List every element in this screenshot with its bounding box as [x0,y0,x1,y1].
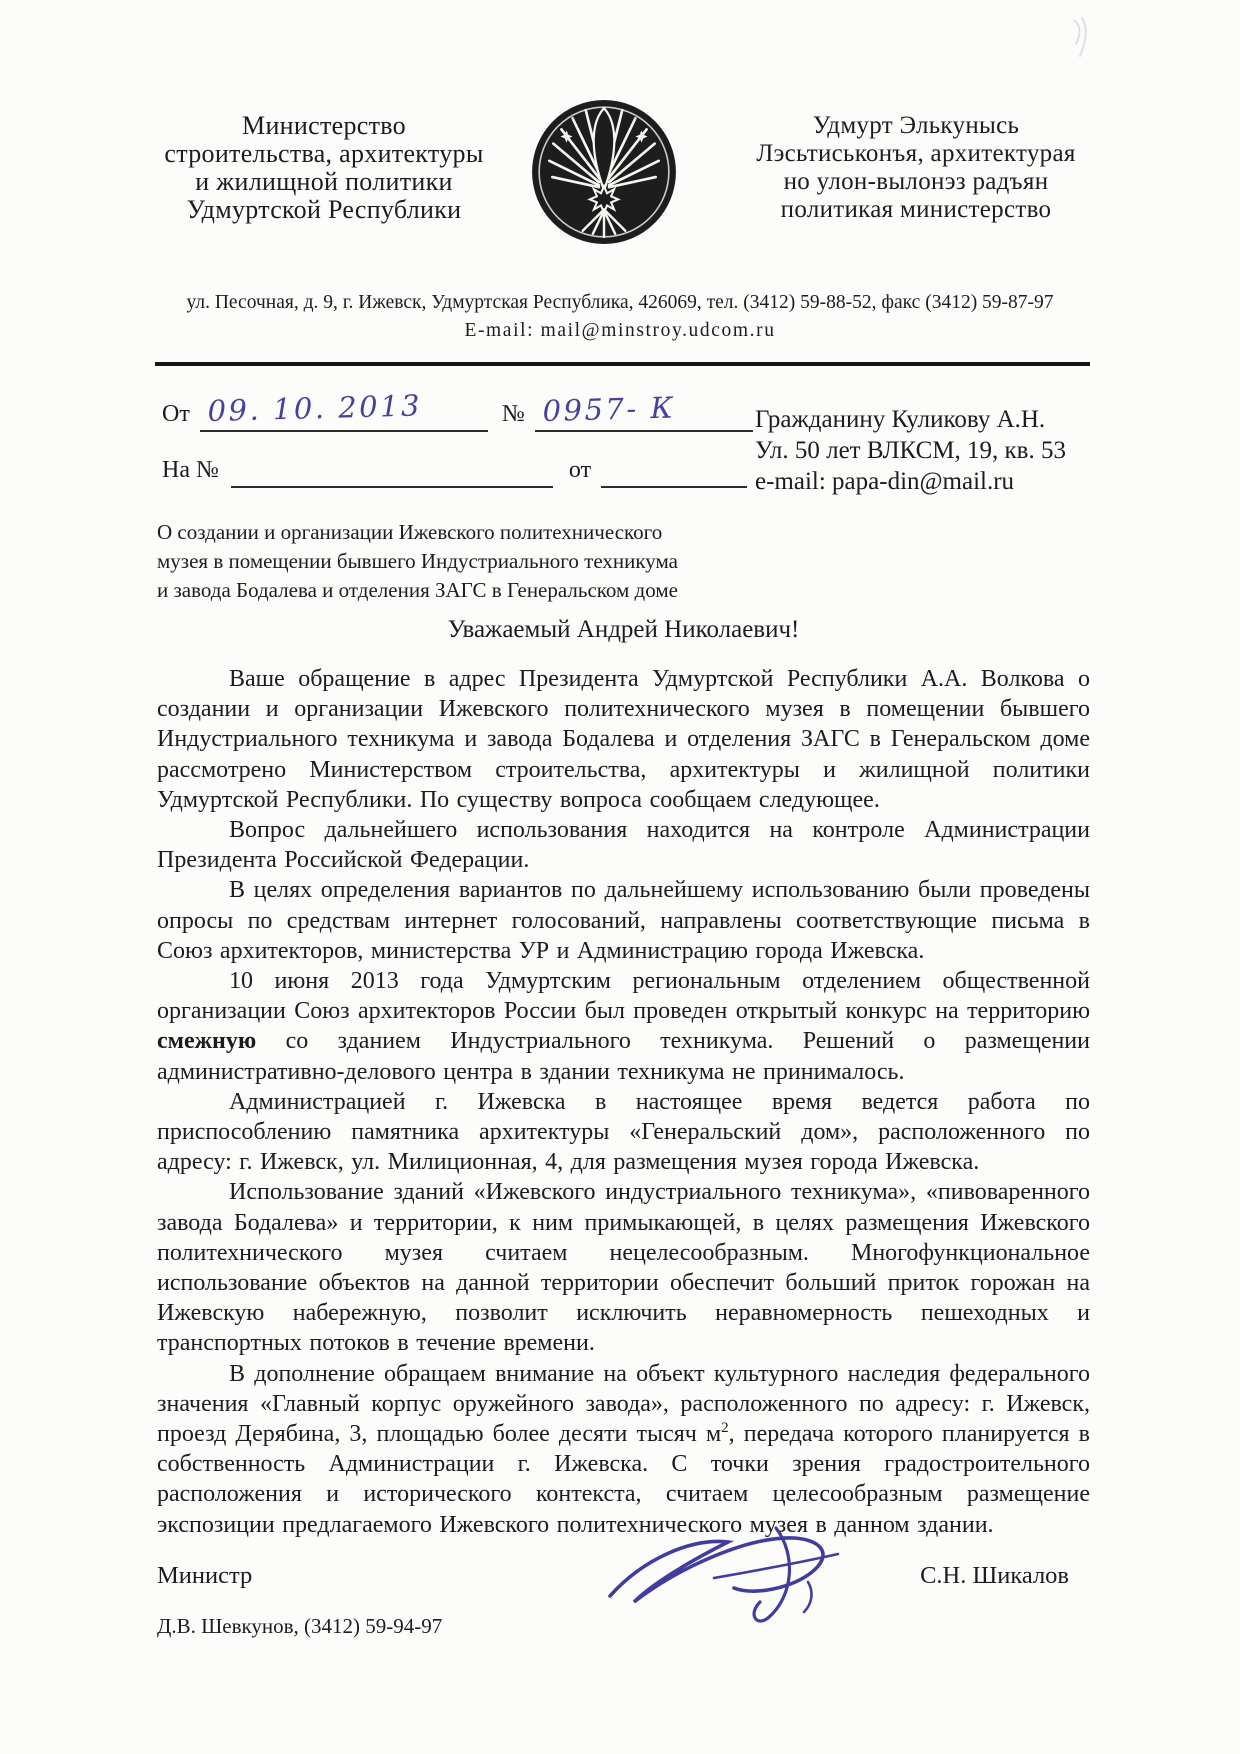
subject-line: О создании и организации Ижевского полит… [157,518,737,547]
letter-body: Ваше обращение в адрес Президента Удмурт… [157,664,1090,1540]
paragraph-text: 10 июня 2013 года Удмуртским региональны… [157,968,1090,1024]
recipient-address: Ул. 50 лет ВЛКСМ, 19, кв. 53 [755,435,1155,466]
minister-title: Министр [157,1562,252,1590]
paragraph: Ваше обращение в адрес Президента Удмурт… [157,664,1090,815]
outgoing-number-field: 0957- К [535,396,753,432]
ministry-ru-line: строительства, архитектуры [128,140,520,168]
bold-term: смежную [157,1028,256,1054]
ministry-name-russian: Министерство строительства, архитектуры … [128,112,520,224]
ministry-name-udmurt: Удмурт Элькунысь Лэсьтиськонъя, архитект… [718,112,1114,224]
incoming-reference-row: На №от [162,452,762,488]
outgoing-date-field: 09. 10. 2013 [200,396,488,432]
ministry-udm-line: политикая министерство [718,196,1114,224]
paragraph: 10 июня 2013 года Удмуртским региональны… [157,966,1090,1087]
scan-artifact [1068,16,1094,64]
subject-line: и завода Бодалева и отделения ЗАГС в Ген… [157,576,737,605]
subject-block: О создании и организации Ижевского полит… [157,518,737,605]
reply-date-blank [601,452,747,488]
executor-line: Д.В. Шевкунов, (3412) 59-94-97 [157,1614,442,1639]
paragraph: В целях определения вариантов по дальней… [157,875,1090,966]
contact-address: ул. Песочная, д. 9, г. Ижевск, Удмуртска… [120,292,1120,314]
ministry-udm-line: Удмурт Элькунысь [718,112,1114,140]
paragraph: Использование зданий «Ижевского индустри… [157,1177,1090,1358]
udmurtia-coat-of-arms-icon [528,96,680,248]
paragraph: Администрацией г. Ижевска в настоящее вр… [157,1087,1090,1178]
signatory-name: С.Н. Шикалов [920,1562,1069,1590]
ministry-udm-line: но улон-вылонэз радъян [718,168,1114,196]
contact-email: E-mail: mail@minstroy.udcom.ru [120,320,1120,342]
handwritten-number: 0957- К [542,391,676,428]
recipient-email: e-mail: papa-din@mail.ru [755,466,1155,497]
recipient-name: Гражданину Куликову А.Н. [755,404,1155,435]
ministry-udm-line: Лэсьтиськонъя, архитектурая [718,140,1114,168]
from-label: От [162,401,190,432]
reply-number-blank [231,452,553,488]
reply-from-label: от [569,457,591,488]
outgoing-reference-row: От09. 10. 2013№0957- К [162,396,762,432]
reply-number-label: На № [162,457,219,488]
scanned-letter-page: Министерство строительства, архитектуры … [0,0,1240,1754]
paragraph: Вопрос дальнейшего использования находит… [157,815,1090,875]
superscript: 2 [721,1420,729,1436]
paragraph-text: со зданием Индустриального техникума. Ре… [157,1028,1090,1084]
salutation: Уважаемый Андрей Николаевич! [157,616,1090,644]
ministry-ru-line: Министерство [128,112,520,140]
signature-autograph [598,1512,860,1630]
recipient-block: Гражданину Куликову А.Н. Ул. 50 лет ВЛКС… [755,404,1155,497]
number-label: № [502,401,525,432]
handwritten-date: 09. 10. 2013 [207,388,422,428]
ministry-ru-line: и жилищной политики [128,168,520,196]
letterhead-divider-rule [155,362,1090,366]
ministry-ru-line: Удмуртской Республики [128,196,520,224]
subject-line: музея в помещении бывшего Индустриальног… [157,547,737,576]
